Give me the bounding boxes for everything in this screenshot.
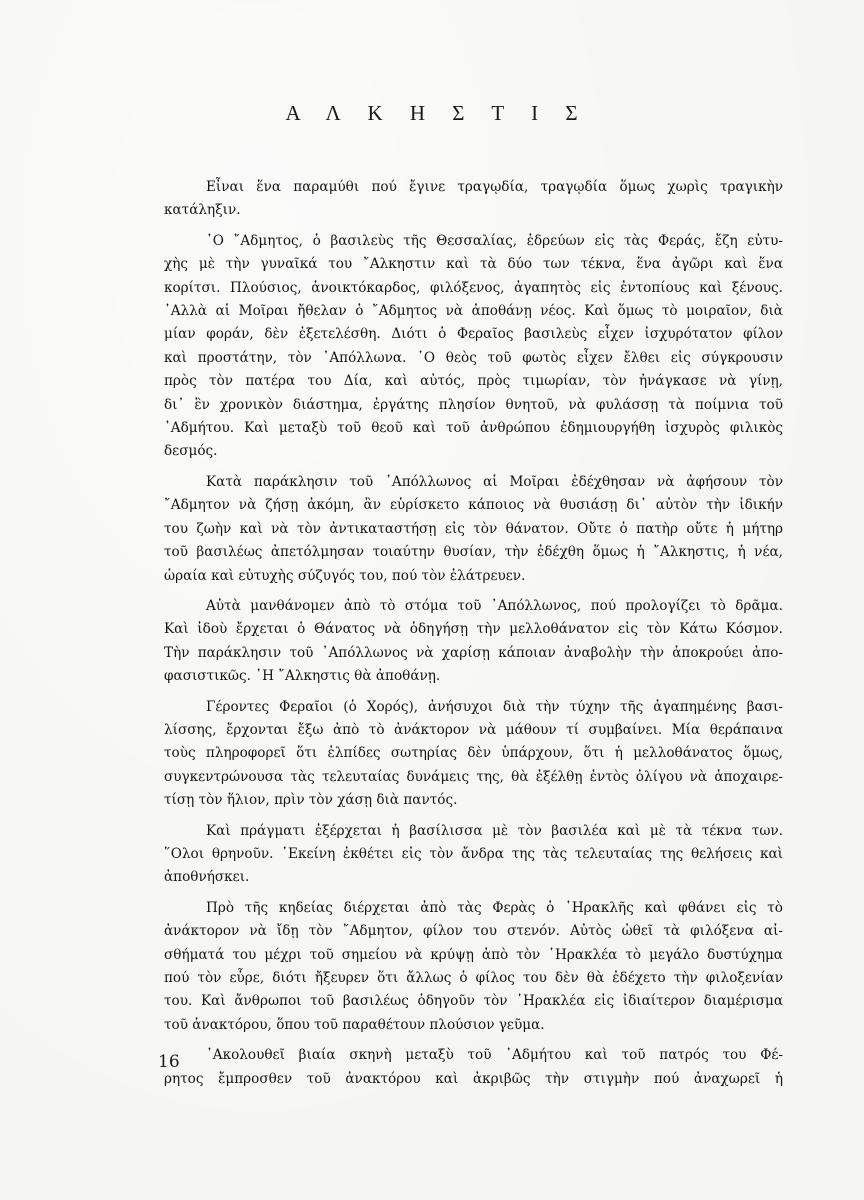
paragraph: Αὐτὰ μανθάνομεν ἀπὸ τὸ στόμα τοῦ ᾿Απόλλω… [164,595,783,689]
text-line: Καὶ πράγματι ἐξέρχεται ἡ βασίλισσα μὲ τὸ… [164,820,783,843]
text-line: πρὸς τὸν πατέρα του Δία, καὶ αὐτός, πρὸς… [164,370,783,393]
text-line: ᾿Αλλὰ αἱ Μοῖραι ἤθελαν ὁ ῎Αδμητος νὰ ἀπο… [164,300,783,323]
paragraph: Καὶ πράγματι ἐξέρχεται ἡ βασίλισσα μὲ τὸ… [164,820,783,890]
text-line: συγκεντρώνουσα τὰς τελευταίας δυνάμεις τ… [164,766,783,789]
page-number: 16 [158,1052,180,1072]
text-line: ὡραία καὶ εὐτυχὴς σύζυγός του, πού τὸν ἐ… [164,565,783,588]
text-line: δι᾿ ἓν χρονικὸν διάστημα, ἐργάτης πλησίο… [164,394,783,417]
text-line: ῾Ο ῎Αδμητος, ὁ βασιλεὺς τῆς Θεσσαλίας, ἑ… [164,230,783,253]
text-line: πού τὸν εὗρε, διότι ἤξευρεν ὅτι ἄλλως ὁ … [164,967,783,990]
text-line: ᾿Ακολουθεῖ βιαία σκηνὴ μεταξὺ τοῦ ᾿Αδμήτ… [164,1044,783,1067]
paragraph: Εἶναι ἕνα παραμύθι πού ἔγινε τραγῳδία, τ… [164,176,783,223]
text-line: ἀποθνήσκει. [164,866,783,889]
text-line: Εἶναι ἕνα παραμύθι πού ἔγινε τραγῳδία, τ… [164,176,783,199]
text-line: τίσῃ τὸν ἥλιον, πρὶν τὸν χάσῃ διὰ παντός… [164,789,783,812]
text-line: κορίτσι. Πλούσιος, ἀνοικτόκαρδος, φιλόξε… [164,277,783,300]
text-line: ῎Αδμητον νὰ ζήσῃ ἀκόμη, ἂν εὑρίσκετο κάπ… [164,494,783,517]
text-line: ρητος ἔμπροσθεν τοῦ ἀνακτόρου καὶ ἀκριβῶ… [164,1068,783,1091]
text-line: Πρὸ τῆς κηδείας διέρχεται ἀπὸ τὰς Φερὰς … [164,897,783,920]
text-line: τοῦ ἀνακτόρου, ὅπου τοῦ παραθέτουν πλούσ… [164,1014,783,1037]
text-line: ἀνάκτορον νὰ ἴδῃ τὸν ῎Αδμητον, φίλον του… [164,920,783,943]
text-line: ᾿Αδμήτου. Καὶ μεταξὺ τοῦ θεοῦ καὶ τοῦ ἀν… [164,417,783,440]
scanned-page: Α Λ Κ Η Σ Τ Ι Σ Εἶναι ἕνα παραμύθι πού ἔ… [0,0,864,1200]
text-line: φασιστικῶς. ῾Η ῎Αλκηστις θὰ ἀποθάνῃ. [164,665,783,688]
text-line: σθήματά του μέχρι τοῦ σημείου νὰ κρύψῃ ἀ… [164,944,783,967]
body-text: Εἶναι ἕνα παραμύθι πού ἔγινε τραγῳδία, τ… [164,176,783,1098]
text-line: Καὶ ἰδοὺ ἔρχεται ὁ Θάνατος νὰ ὁδηγήσῃ τὴ… [164,618,783,641]
text-line: λίσσης, ἔρχονται ἔξω ἀπὸ τὸ ἀνάκτορον νὰ… [164,719,783,742]
page-title: Α Λ Κ Η Σ Τ Ι Σ [0,101,864,126]
text-line: τοῦ βασιλέως ἀπετόλμησαν τοιαύτην θυσίαν… [164,541,783,564]
paragraph: Γέροντες Φεραῖοι (ὁ Χορός), ἀνήσυχοι διὰ… [164,696,783,813]
text-line: ῞Ολοι θρηνοῦν. ᾿Εκείνη ἐκθέτει εἰς τὸν ἄ… [164,843,783,866]
text-line: καὶ προστάτην, τὸν ᾿Απόλλωνα. ῾Ο θεὸς το… [164,347,783,370]
text-line: του. Καὶ ἄνθρωποι τοῦ βασιλέως ὁδηγοῦν τ… [164,990,783,1013]
text-line: τοὺς πληροφορεῖ ὅτι ἐλπίδες σωτηρίας δὲν… [164,742,783,765]
text-line: Αὐτὰ μανθάνομεν ἀπὸ τὸ στόμα τοῦ ᾿Απόλλω… [164,595,783,618]
text-line: Τὴν παράκλησιν τοῦ ᾿Απόλλωνος νὰ χαρίσῃ … [164,642,783,665]
text-line: κατάληξιν. [164,199,783,222]
paragraph: Πρὸ τῆς κηδείας διέρχεται ἀπὸ τὰς Φερὰς … [164,897,783,1037]
text-line: Γέροντες Φεραῖοι (ὁ Χορός), ἀνήσυχοι διὰ… [164,696,783,719]
text-line: του ζωὴν καὶ νὰ τὸν ἀντικαταστήσῃ εἰς τὸ… [164,518,783,541]
text-line: Κατὰ παράκλησιν τοῦ ᾿Απόλλωνος αἱ Μοῖραι… [164,471,783,494]
text-line: δεσμός. [164,440,783,463]
paragraph: ᾿Ακολουθεῖ βιαία σκηνὴ μεταξὺ τοῦ ᾿Αδμήτ… [164,1044,783,1091]
text-line: χὴς μὲ τὴν γυναῖκά του ῎Αλκηστιν καὶ τὰ … [164,253,783,276]
text-line: μίαν φοράν, δὲν ἐξετελέσθη. Διότι ὁ Φερα… [164,323,783,346]
paragraph: Κατὰ παράκλησιν τοῦ ᾿Απόλλωνος αἱ Μοῖραι… [164,471,783,588]
paragraph: ῾Ο ῎Αδμητος, ὁ βασιλεὺς τῆς Θεσσαλίας, ἑ… [164,230,783,464]
